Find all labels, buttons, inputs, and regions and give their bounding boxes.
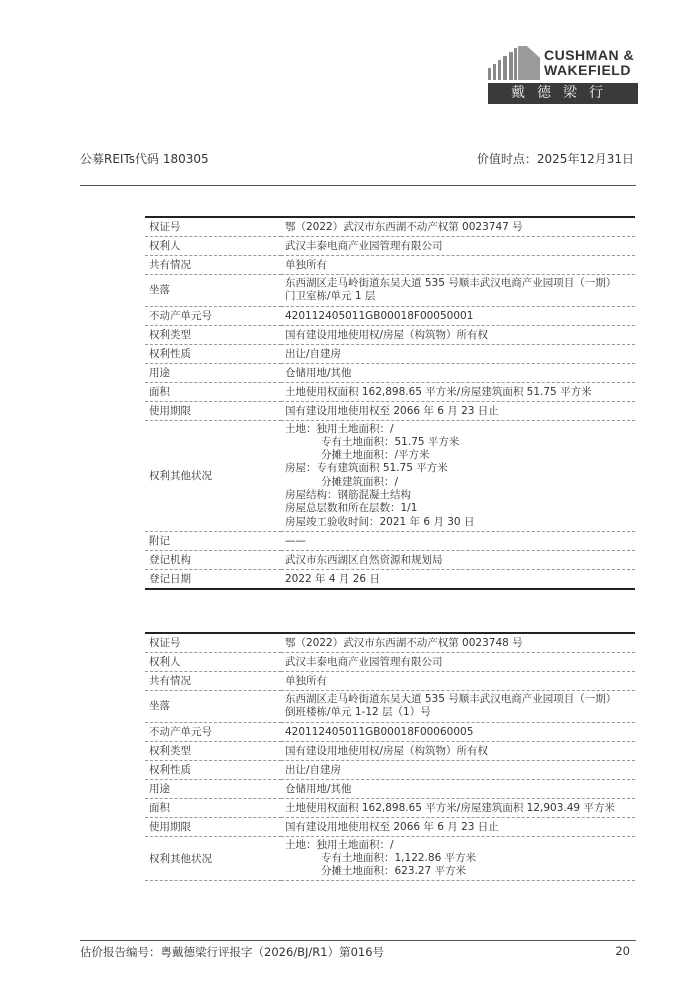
row-value: 土地：独用土地面积：/ 专有土地面积：51.75 平方米 分摊土地面积：/平方米… xyxy=(281,420,635,531)
detail-line: 分摊土地面积：/平方米 xyxy=(285,449,631,462)
row-label: 权利类型 xyxy=(145,741,281,760)
row-value: 武汉丰泰电商产业园管理有限公司 xyxy=(281,237,635,256)
report-number: 估价报告编号：粤戴德梁行评报字（2026/BJ/R1）第016号 xyxy=(80,944,384,960)
table-row: 权利人武汉丰泰电商产业园管理有限公司 xyxy=(145,653,635,672)
address-line: 倒班楼栋/单元 1-12 层（1）号 xyxy=(285,706,631,719)
detail-line: 分摊建筑面积：/ xyxy=(285,476,631,489)
logo-brand-line1: CUSHMAN & xyxy=(544,48,634,63)
page-number: 20 xyxy=(615,944,630,958)
detail-line: 房屋总层数和所在层数：1/1 xyxy=(285,502,631,515)
row-value: 单独所有 xyxy=(281,256,635,275)
row-value: 出让/自建房 xyxy=(281,344,635,363)
row-label: 面积 xyxy=(145,798,281,817)
table-row: 不动产单元号420112405011GB00018F00060005 xyxy=(145,722,635,741)
row-label: 面积 xyxy=(145,382,281,401)
row-label: 权利性质 xyxy=(145,760,281,779)
table-row: 登记机构武汉市东西湖区自然资源和规划局 xyxy=(145,550,635,569)
row-label: 共有情况 xyxy=(145,672,281,691)
row-label: 使用期限 xyxy=(145,817,281,836)
table-row: 使用期限国有建设用地使用权至 2066 年 6 月 23 日止 xyxy=(145,401,635,420)
row-value: 东西湖区走马岭街道东吴大道 535 号顺丰武汉电商产业园项目（一期） 门卫室栋/… xyxy=(281,275,635,307)
row-value: 2022 年 4 月 26 日 xyxy=(281,569,635,589)
row-label: 权利人 xyxy=(145,237,281,256)
row-label: 使用期限 xyxy=(145,401,281,420)
row-label: 权证号 xyxy=(145,633,281,653)
row-label: 权利性质 xyxy=(145,344,281,363)
table-row: 权利其他状况 土地：独用土地面积：/ 专有土地面积：1,122.86 平方米 分… xyxy=(145,836,635,881)
cushman-wakefield-logo: CUSHMAN & WAKEFIELD 戴德梁行 xyxy=(488,46,638,104)
table-row: 面积土地使用权面积 162,898.65 平方米/房屋建筑面积 12,903.4… xyxy=(145,798,635,817)
row-value: 武汉市东西湖区自然资源和规划局 xyxy=(281,550,635,569)
detail-line: 房屋：专有建筑面积 51.75 平方米 xyxy=(285,462,631,475)
row-label: 共有情况 xyxy=(145,256,281,275)
row-label: 不动产单元号 xyxy=(145,306,281,325)
table-row: 坐落 东西湖区走马岭街道东吴大道 535 号顺丰武汉电商产业园项目（一期） 倒班… xyxy=(145,691,635,723)
row-value: 国有建设用地使用权至 2066 年 6 月 23 日止 xyxy=(281,817,635,836)
row-value: 仓储用地/其他 xyxy=(281,363,635,382)
table-row: 权利类型国有建设用地使用权/房屋（构筑物）所有权 xyxy=(145,741,635,760)
row-label: 用途 xyxy=(145,779,281,798)
table-row: 不动产单元号420112405011GB00018F00050001 xyxy=(145,306,635,325)
property-certificate-table-1: 权证号鄂（2022）武汉市东西湖不动产权第 0023747 号 权利人武汉丰泰电… xyxy=(145,216,635,590)
detail-line: 土地：独用土地面积：/ xyxy=(285,839,631,852)
row-value: 仓储用地/其他 xyxy=(281,779,635,798)
table-row: 登记日期2022 年 4 月 26 日 xyxy=(145,569,635,589)
row-label: 权证号 xyxy=(145,217,281,237)
footer-divider xyxy=(80,940,636,941)
row-value: 出让/自建房 xyxy=(281,760,635,779)
row-value: 国有建设用地使用权/房屋（构筑物）所有权 xyxy=(281,741,635,760)
table-row: 用途仓储用地/其他 xyxy=(145,779,635,798)
row-label: 坐落 xyxy=(145,691,281,723)
reits-code: 公募REITs代码 180305 xyxy=(80,150,209,167)
table-row: 权利性质出让/自建房 xyxy=(145,760,635,779)
table-row: 权利人武汉丰泰电商产业园管理有限公司 xyxy=(145,237,635,256)
address-line: 门卫室栋/单元 1 层 xyxy=(285,290,631,303)
address-line: 东西湖区走马岭街道东吴大道 535 号顺丰武汉电商产业园项目（一期） xyxy=(285,693,631,706)
row-label: 坐落 xyxy=(145,275,281,307)
row-label: 用途 xyxy=(145,363,281,382)
row-value: 土地：独用土地面积：/ 专有土地面积：1,122.86 平方米 分摊土地面积：6… xyxy=(281,836,635,881)
table-row: 共有情况单独所有 xyxy=(145,256,635,275)
table-row: 面积土地使用权面积 162,898.65 平方米/房屋建筑面积 51.75 平方… xyxy=(145,382,635,401)
row-value: 国有建设用地使用权至 2066 年 6 月 23 日止 xyxy=(281,401,635,420)
row-value: 420112405011GB00018F00050001 xyxy=(281,306,635,325)
row-value: 东西湖区走马岭街道东吴大道 535 号顺丰武汉电商产业园项目（一期） 倒班楼栋/… xyxy=(281,691,635,723)
table-row: 权证号鄂（2022）武汉市东西湖不动产权第 0023748 号 xyxy=(145,633,635,653)
detail-line: 土地：独用土地面积：/ xyxy=(285,423,631,436)
row-label: 登记日期 xyxy=(145,569,281,589)
row-value: 土地使用权面积 162,898.65 平方米/房屋建筑面积 51.75 平方米 xyxy=(281,382,635,401)
address-line: 东西湖区走马岭街道东吴大道 535 号顺丰武汉电商产业园项目（一期） xyxy=(285,277,631,290)
row-value: 鄂（2022）武汉市东西湖不动产权第 0023748 号 xyxy=(281,633,635,653)
row-label: 权利类型 xyxy=(145,325,281,344)
row-value: 国有建设用地使用权/房屋（构筑物）所有权 xyxy=(281,325,635,344)
table-row: 使用期限国有建设用地使用权至 2066 年 6 月 23 日止 xyxy=(145,817,635,836)
row-value: 土地使用权面积 162,898.65 平方米/房屋建筑面积 12,903.49 … xyxy=(281,798,635,817)
row-label: 权利其他状况 xyxy=(145,420,281,531)
detail-line: 专有土地面积：1,122.86 平方米 xyxy=(285,852,631,865)
row-label: 登记机构 xyxy=(145,550,281,569)
row-value: 武汉丰泰电商产业园管理有限公司 xyxy=(281,653,635,672)
valuation-date: 价值时点：2025年12月31日 xyxy=(477,150,634,167)
header-divider xyxy=(80,185,636,186)
row-label: 附记 xyxy=(145,531,281,550)
table-row: 用途仓储用地/其他 xyxy=(145,363,635,382)
row-value: 鄂（2022）武汉市东西湖不动产权第 0023747 号 xyxy=(281,217,635,237)
row-label: 不动产单元号 xyxy=(145,722,281,741)
table-row: 附记—— xyxy=(145,531,635,550)
table-row: 权证号鄂（2022）武汉市东西湖不动产权第 0023747 号 xyxy=(145,217,635,237)
row-label: 权利其他状况 xyxy=(145,836,281,881)
detail-line: 房屋竣工验收时间：2021 年 6 月 30 日 xyxy=(285,516,631,529)
table-row: 共有情况单独所有 xyxy=(145,672,635,691)
logo-brand-line2: WAKEFIELD xyxy=(544,63,634,78)
detail-line: 专有土地面积：51.75 平方米 xyxy=(285,436,631,449)
logo-building-icon xyxy=(488,46,540,80)
row-value: —— xyxy=(281,531,635,550)
table-row: 权利类型国有建设用地使用权/房屋（构筑物）所有权 xyxy=(145,325,635,344)
logo-brand-text: CUSHMAN & WAKEFIELD xyxy=(544,48,634,78)
detail-line: 分摊土地面积：623.27 平方米 xyxy=(285,865,631,878)
logo-chinese-name: 戴德梁行 xyxy=(488,83,638,104)
row-label: 权利人 xyxy=(145,653,281,672)
property-certificate-table-2: 权证号鄂（2022）武汉市东西湖不动产权第 0023748 号 权利人武汉丰泰电… xyxy=(145,632,635,881)
table-row: 权利其他状况 土地：独用土地面积：/ 专有土地面积：51.75 平方米 分摊土地… xyxy=(145,420,635,531)
table-row: 权利性质出让/自建房 xyxy=(145,344,635,363)
table-row: 坐落 东西湖区走马岭街道东吴大道 535 号顺丰武汉电商产业园项目（一期） 门卫… xyxy=(145,275,635,307)
detail-line: 房屋结构：钢筋混凝土结构 xyxy=(285,489,631,502)
row-value: 420112405011GB00018F00060005 xyxy=(281,722,635,741)
row-value: 单独所有 xyxy=(281,672,635,691)
